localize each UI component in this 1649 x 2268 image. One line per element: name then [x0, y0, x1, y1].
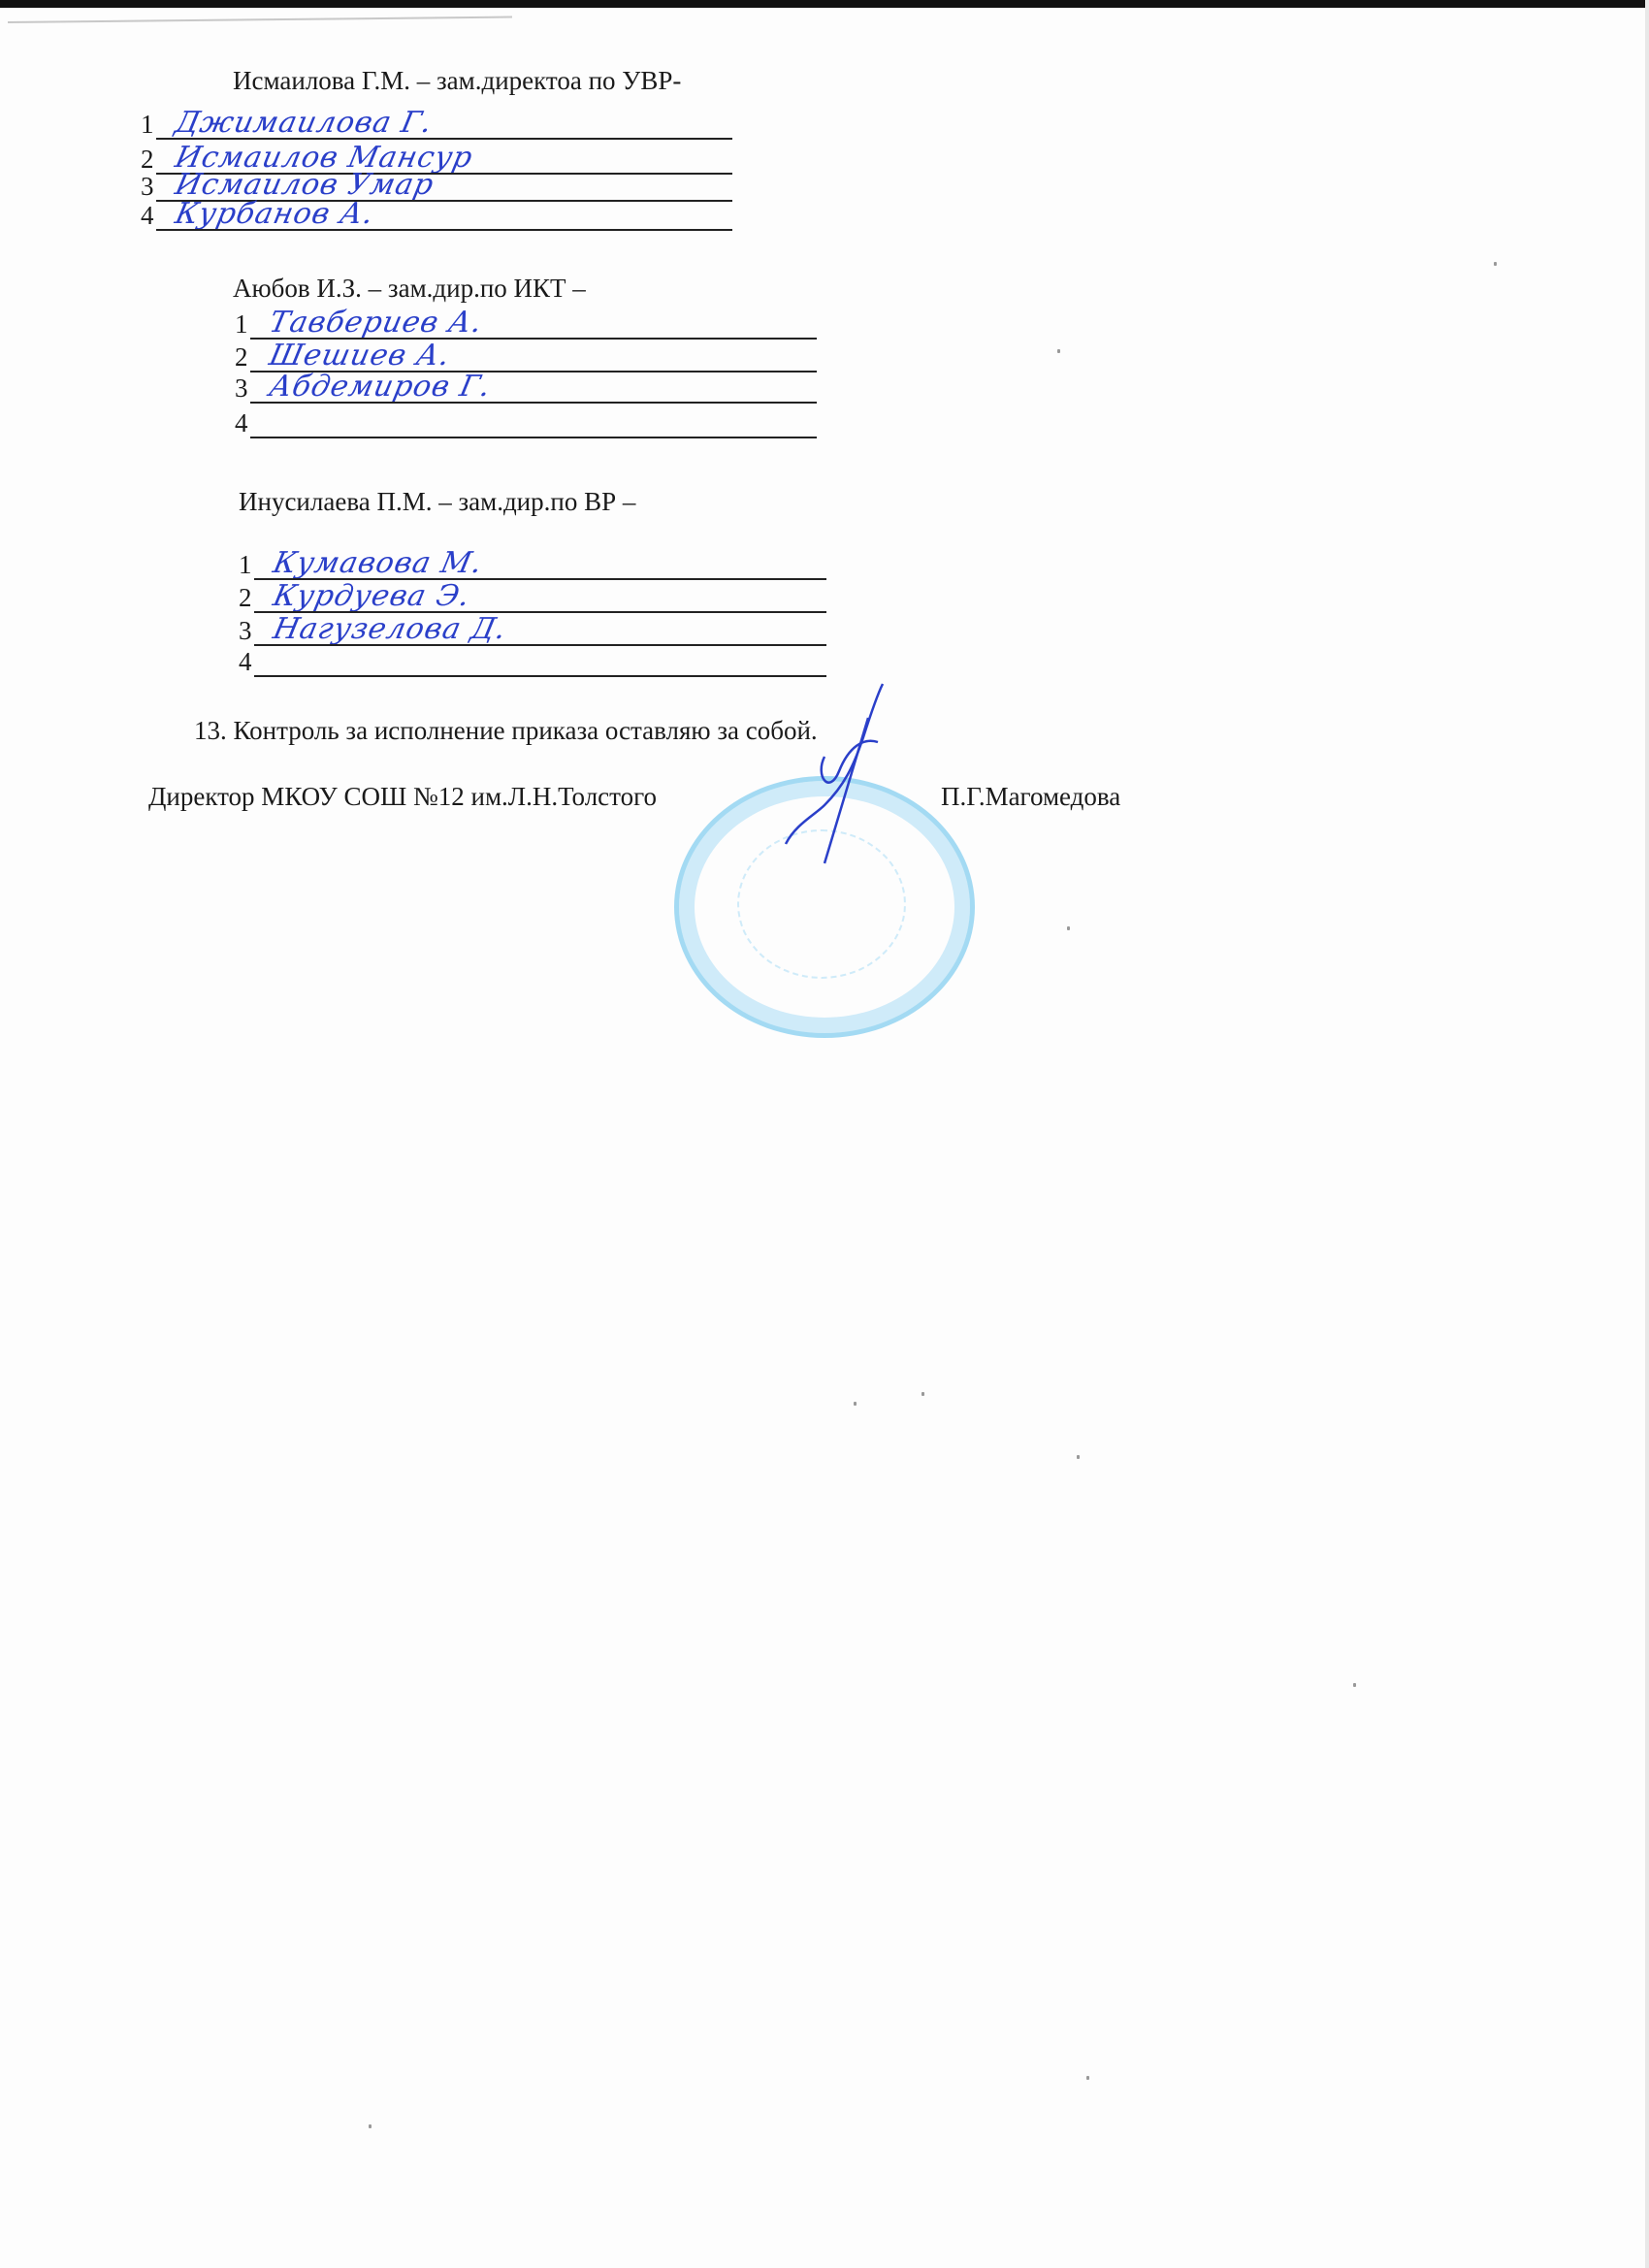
list-item: 4 Курбанов А. — [141, 196, 732, 231]
scan-top-edge — [0, 0, 1649, 8]
handwritten-name: Нагузелова Д. — [271, 615, 509, 644]
list-item: 4 — [239, 642, 826, 677]
row-number: 2 — [239, 585, 252, 611]
signature-line — [250, 437, 817, 438]
scan-speck — [921, 1392, 924, 1396]
scan-artifact-line — [8, 16, 512, 23]
director-name: П.Г.Магомедова — [941, 782, 1120, 812]
list-item: 1 Джимаилова Г. — [141, 105, 732, 140]
row-number: 1 — [235, 311, 248, 338]
signature-line — [254, 675, 826, 677]
signature-line — [156, 229, 732, 231]
handwritten-name: Тавбериев А. — [267, 308, 485, 338]
scan-speck — [1077, 1455, 1080, 1459]
scan-speck — [1057, 349, 1060, 353]
row-number: 2 — [235, 344, 248, 371]
row-number: 1 — [141, 112, 154, 138]
scan-right-edge — [1645, 0, 1649, 2268]
handwritten-name: Курдуева Э. — [271, 582, 473, 611]
list-item: 4 — [235, 404, 817, 438]
scan-speck — [369, 2124, 372, 2128]
row-number: 3 — [239, 618, 252, 644]
row-number: 1 — [239, 552, 252, 578]
handwritten-name: Джимаилова Г. — [173, 109, 436, 138]
list-item: 3 Абдемиров Г. — [235, 369, 817, 404]
scan-speck — [1067, 926, 1070, 930]
section-heading-ikt: Аюбов И.З. – зам.дир.по ИКТ – — [233, 274, 586, 304]
control-clause: 13. Контроль за исполнение приказа остав… — [194, 716, 818, 746]
scan-speck — [1086, 2076, 1089, 2080]
handwritten-name: Курбанов А. — [173, 200, 376, 229]
list-item: 1 Кумавова М. — [239, 545, 826, 580]
scan-speck — [1353, 1683, 1356, 1687]
row-number: 4 — [235, 410, 248, 437]
list-item: 2 Шешиев А. — [235, 338, 817, 373]
director-title: Директор МКОУ СОШ №12 им.Л.Н.Толстого — [148, 782, 657, 812]
handwritten-name: Кумавова М. — [271, 549, 485, 578]
row-number: 4 — [141, 203, 154, 229]
row-number: 3 — [235, 375, 248, 402]
list-item: 1 Тавбериев А. — [235, 305, 817, 340]
scan-speck — [1494, 262, 1497, 266]
list-item: 3 Нагузелова Д. — [239, 611, 826, 646]
handwritten-name: Абдемиров Г. — [267, 373, 494, 402]
handwritten-name: Шешиев А. — [267, 341, 453, 371]
list-item: 2 Курдуева Э. — [239, 578, 826, 613]
row-number: 4 — [239, 649, 252, 675]
signature-icon — [757, 679, 931, 873]
scan-speck — [854, 1402, 857, 1406]
section-heading-uvr: Исмаилова Г.М. – зам.директоа по УВР- — [233, 66, 681, 96]
section-heading-vr: Инусилаева П.М. – зам.дир.по ВР – — [239, 487, 635, 517]
